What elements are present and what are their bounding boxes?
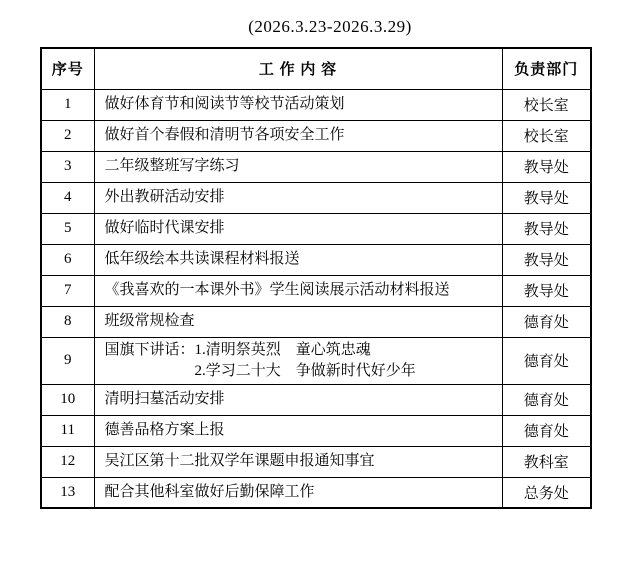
row-department: 教导处 [502,275,591,306]
header-work-content: 工 作 内 容 [94,48,502,89]
row-department: 德育处 [502,337,591,384]
header-serial-number: 序号 [41,48,94,89]
row-number: 8 [41,306,94,337]
row-content: 清明扫墓活动安排 [94,384,502,415]
row-content: 外出教研活动安排 [94,182,502,213]
table-row: 8 班级常规检查 德育处 [41,306,591,337]
row-content: 配合其他科室做好后勤保障工作 [94,477,502,508]
row-number: 1 [41,89,94,120]
table-row: 4 外出教研活动安排 教导处 [41,182,591,213]
row-department: 德育处 [502,306,591,337]
row-content: 《我喜欢的一本课外书》学生阅读展示活动材料报送 [94,275,502,306]
row-department: 校长室 [502,120,591,151]
row-department: 德育处 [502,415,591,446]
row-department: 教导处 [502,244,591,275]
row-content: 班级常规检查 [94,306,502,337]
row-number: 7 [41,275,94,306]
row-content: 德善品格方案上报 [94,415,502,446]
table-row: 13 配合其他科室做好后勤保障工作 总务处 [41,477,591,508]
table-row: 3 二年级整班写字练习 教导处 [41,151,591,182]
row-department: 教导处 [502,182,591,213]
row-number: 4 [41,182,94,213]
row-department: 教导处 [502,151,591,182]
table-row: 12 吴江区第十二批双学年课题申报通知事宜 教科室 [41,446,591,477]
row-content: 做好体育节和阅读节等校节活动策划 [94,89,502,120]
header-responsible-department: 负责部门 [502,48,591,89]
row-number: 3 [41,151,94,182]
table-row: 10 清明扫墓活动安排 德育处 [41,384,591,415]
row-department: 德育处 [502,384,591,415]
row-content: 做好首个春假和清明节各项安全工作 [94,120,502,151]
row-number: 2 [41,120,94,151]
row-content: 二年级整班写字练习 [94,151,502,182]
table-row: 2 做好首个春假和清明节各项安全工作 校长室 [41,120,591,151]
row-content: 国旗下讲话：1.清明祭英烈 童心筑忠魂 2.学习二十大 争做新时代好少年 [94,337,502,384]
document-page: (2026.3.23-2026.3.29) 序号 工 作 内 容 负责部门 1 … [0,0,638,588]
table-row: 11 德善品格方案上报 德育处 [41,415,591,446]
table-row: 9 国旗下讲话：1.清明祭英烈 童心筑忠魂 2.学习二十大 争做新时代好少年 德… [41,337,591,384]
table-row: 7 《我喜欢的一本课外书》学生阅读展示活动材料报送 教导处 [41,275,591,306]
row-number: 5 [41,213,94,244]
row-department: 校长室 [502,89,591,120]
row-number: 6 [41,244,94,275]
row-number: 13 [41,477,94,508]
table-header-row: 序号 工 作 内 容 负责部门 [41,48,591,89]
row-number: 10 [41,384,94,415]
table-row: 1 做好体育节和阅读节等校节活动策划 校长室 [41,89,591,120]
row-content: 吴江区第十二批双学年课题申报通知事宜 [94,446,502,477]
table-row: 5 做好临时代课安排 教导处 [41,213,591,244]
date-range-title: (2026.3.23-2026.3.29) [0,17,638,37]
row-number: 11 [41,415,94,446]
row-number: 12 [41,446,94,477]
table-row: 6 低年级绘本共读课程材料报送 教导处 [41,244,591,275]
row-department: 总务处 [502,477,591,508]
row-number: 9 [41,337,94,384]
row-department: 教导处 [502,213,591,244]
row-content: 低年级绘本共读课程材料报送 [94,244,502,275]
weekly-work-table: 序号 工 作 内 容 负责部门 1 做好体育节和阅读节等校节活动策划 校长室 2… [40,47,592,509]
row-content: 做好临时代课安排 [94,213,502,244]
row-department: 教科室 [502,446,591,477]
